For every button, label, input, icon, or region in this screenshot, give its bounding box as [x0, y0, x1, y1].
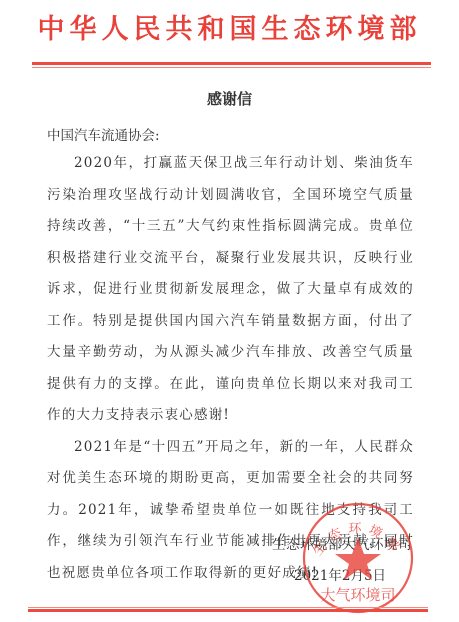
- signature-org: 生态环境部大气环境司: [272, 533, 412, 553]
- letterhead-title: 中华人民共和国生态环境部: [0, 14, 459, 46]
- paragraph: 2020年，打赢蓝天保卫战三年行动计划、柴油货车污染治理攻坚战行动计划圆满收官，…: [47, 148, 414, 432]
- footer-rule-thick: [28, 609, 428, 612]
- recipient: 中国汽车流通协会:: [47, 124, 160, 144]
- letterhead-rule-thin: [32, 67, 431, 68]
- letter-body: 2020年，打赢蓝天保卫战三年行动计划、柴油货车污染治理攻坚战行动计划圆满收官，…: [47, 148, 414, 589]
- letterhead-rule-thick: [32, 62, 431, 65]
- footer-rule-thin: [28, 607, 428, 608]
- signature-date: 2021年2月5日: [294, 564, 386, 584]
- letter-title: 感谢信: [0, 88, 459, 109]
